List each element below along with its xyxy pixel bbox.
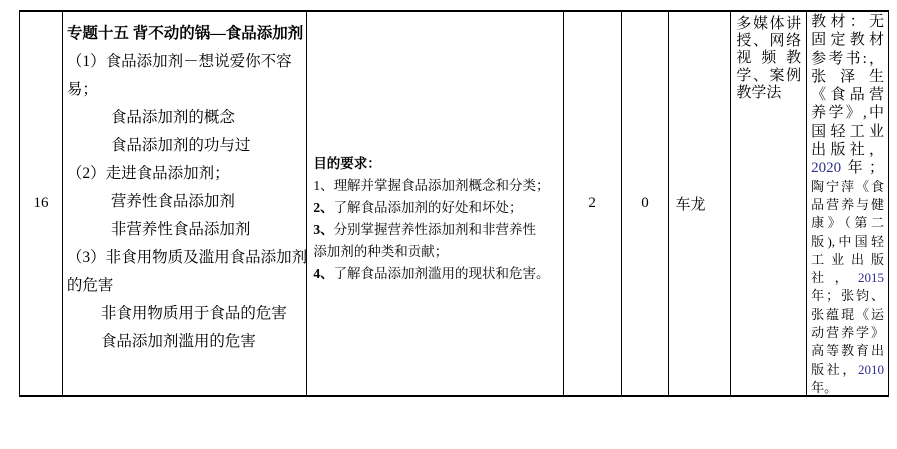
topic-line: （1）食品添加剂－想说爱你不容 bbox=[67, 48, 304, 76]
textbook-year-line: 2020年； bbox=[811, 159, 884, 177]
methods-line: 授、网络 bbox=[736, 33, 801, 50]
cell-serial-number: 16 bbox=[20, 12, 63, 395]
document-page: 16 专题十五 背不动的锅—食品添加剂 （1）食品添加剂－想说爱你不容 易； 食… bbox=[0, 0, 897, 449]
serial-number: 16 bbox=[33, 195, 48, 212]
textbook-line: 年；张钧、 bbox=[811, 287, 884, 305]
objective-item: 2、了解食品添加剂的好处和坏处； bbox=[313, 197, 557, 219]
textbook-line: 固定教材 bbox=[811, 31, 884, 49]
textbook-line: 出版社， bbox=[811, 141, 884, 159]
textbook-line: 国轻工业 bbox=[811, 123, 884, 141]
objectives-heading: 目的要求： bbox=[313, 153, 557, 175]
textbook-line: 陶宁萍《食 bbox=[811, 178, 884, 196]
textbook-year-line: 社，2015 bbox=[811, 269, 884, 287]
topic-line: 食品添加剂的功与过 bbox=[67, 132, 304, 160]
textbook-line: 版),中国轻 bbox=[811, 233, 884, 251]
topic-line: 的危害 bbox=[67, 272, 304, 300]
topic-line: 营养性食品添加剂 bbox=[67, 188, 304, 216]
textbook-line: 教材：无 bbox=[811, 13, 884, 31]
practice-hours-value: 0 bbox=[641, 195, 649, 212]
cell-teacher: 车龙 bbox=[669, 12, 731, 395]
topic-line: （2）走进食品添加剂； bbox=[67, 160, 304, 188]
cell-lecture-hours: 2 bbox=[564, 12, 622, 395]
teacher-name: 车龙 bbox=[675, 193, 705, 214]
cell-practice-hours: 0 bbox=[622, 12, 670, 395]
methods-line: 教学法 bbox=[736, 85, 801, 102]
textbook-line: 参考书:， bbox=[811, 50, 884, 68]
textbook-line: 品营养与健 bbox=[811, 196, 884, 214]
topic-title: 专题十五 背不动的锅—食品添加剂 bbox=[67, 20, 304, 48]
methods-line: 多媒体讲 bbox=[736, 16, 801, 33]
topic-line: 非营养性食品添加剂 bbox=[67, 216, 304, 244]
methods-line: 学、案例 bbox=[736, 68, 801, 85]
topic-line: 非食用物质用于食品的危害 bbox=[67, 300, 304, 328]
textbook-line: 动营养学》 bbox=[811, 324, 884, 342]
textbook-line: 张蕴琨《运 bbox=[811, 306, 884, 324]
cell-topic-content: 专题十五 背不动的锅—食品添加剂 （1）食品添加剂－想说爱你不容 易； 食品添加… bbox=[63, 12, 307, 395]
cell-textbook-references: 教材：无 固定教材 参考书:， 张泽生 《食品营 养学》,中 国轻工业 出版社，… bbox=[807, 12, 888, 395]
objective-item: 1、理解并掌握食品添加剂概念和分类； bbox=[313, 175, 557, 197]
objective-item: 3、分别掌握营养性添加剂和非营养性 bbox=[313, 219, 557, 241]
textbook-line: 高等教育出 bbox=[811, 342, 884, 360]
cell-objectives: 目的要求： 1、理解并掌握食品添加剂概念和分类； 2、了解食品添加剂的好处和坏处… bbox=[307, 12, 563, 395]
objective-item-continuation: 添加剂的种类和贡献； bbox=[313, 241, 557, 263]
topic-line: 食品添加剂的概念 bbox=[67, 104, 304, 132]
cell-teaching-methods: 多媒体讲 授、网络 视频教 学、案例 教学法 bbox=[731, 12, 807, 395]
textbook-line: 养学》,中 bbox=[811, 104, 884, 122]
textbook-line: 年。 bbox=[811, 379, 884, 395]
topic-line: 食品添加剂滥用的危害 bbox=[67, 328, 304, 356]
topic-line: （3）非食用物质及滥用食品添加剂 bbox=[67, 244, 304, 272]
textbook-year-line: 版社，2010 bbox=[811, 361, 884, 379]
objective-item: 4、了解食品添加剂滥用的现状和危害。 bbox=[313, 263, 557, 285]
methods-line: 视频教 bbox=[736, 50, 801, 67]
lecture-hours-value: 2 bbox=[588, 195, 596, 212]
topic-line: 易； bbox=[67, 76, 304, 104]
textbook-line: 康》（第二 bbox=[811, 214, 884, 232]
textbook-line: 工业出版 bbox=[811, 251, 884, 269]
textbook-line: 《食品营 bbox=[811, 86, 884, 104]
syllabus-table-row: 16 专题十五 背不动的锅—食品添加剂 （1）食品添加剂－想说爱你不容 易； 食… bbox=[19, 10, 889, 397]
textbook-line: 张泽生 bbox=[811, 68, 884, 86]
